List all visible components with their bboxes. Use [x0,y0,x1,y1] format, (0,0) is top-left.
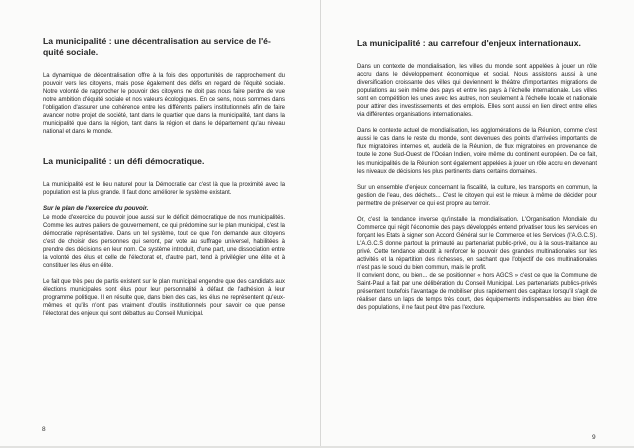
left-page-content: La municipalité : une décentralisation a… [43,36,285,318]
paragraph: La dynamique de décentralisation offre à… [43,72,285,136]
paragraph: Or, c'est la tendance inverse qu'install… [357,216,597,272]
section-title-democratic-challenge: La municipalité : un défi démocratique. [43,156,285,167]
subheading-exercise-of-power: Sur le plan de l'exercice du pouvoir. [43,205,285,213]
section-title-international-issues: La municipalité : au carrefour d'enjeux … [357,38,597,49]
paragraph: Il convient donc, ou bien... de se posit… [357,272,597,312]
right-page: La municipalité : au carrefour d'enjeux … [321,0,634,446]
paragraph: Dans un contexte de mondialisation, les … [357,63,597,119]
right-page-content: La municipalité : au carrefour d'enjeux … [357,38,597,312]
document-spread: La municipalité : une décentralisation a… [0,0,634,448]
page-number: 8 [42,426,46,433]
section-title-decentralisation: La municipalité : une décentralisation a… [43,36,285,58]
page-number: 9 [592,434,596,441]
paragraph: Sur un ensemble d'enjeux concernant la f… [357,184,597,208]
paragraph: La municipalité est le lieu naturel pour… [43,181,285,197]
paragraph: Le fait que très peu de partis existent … [43,278,285,318]
paragraph: Le mode d'exercice du pouvoir joue aussi… [43,214,285,270]
paragraph: Dans le contexte actuel de mondialisatio… [357,127,597,175]
left-page: La municipalité : une décentralisation a… [0,0,321,446]
